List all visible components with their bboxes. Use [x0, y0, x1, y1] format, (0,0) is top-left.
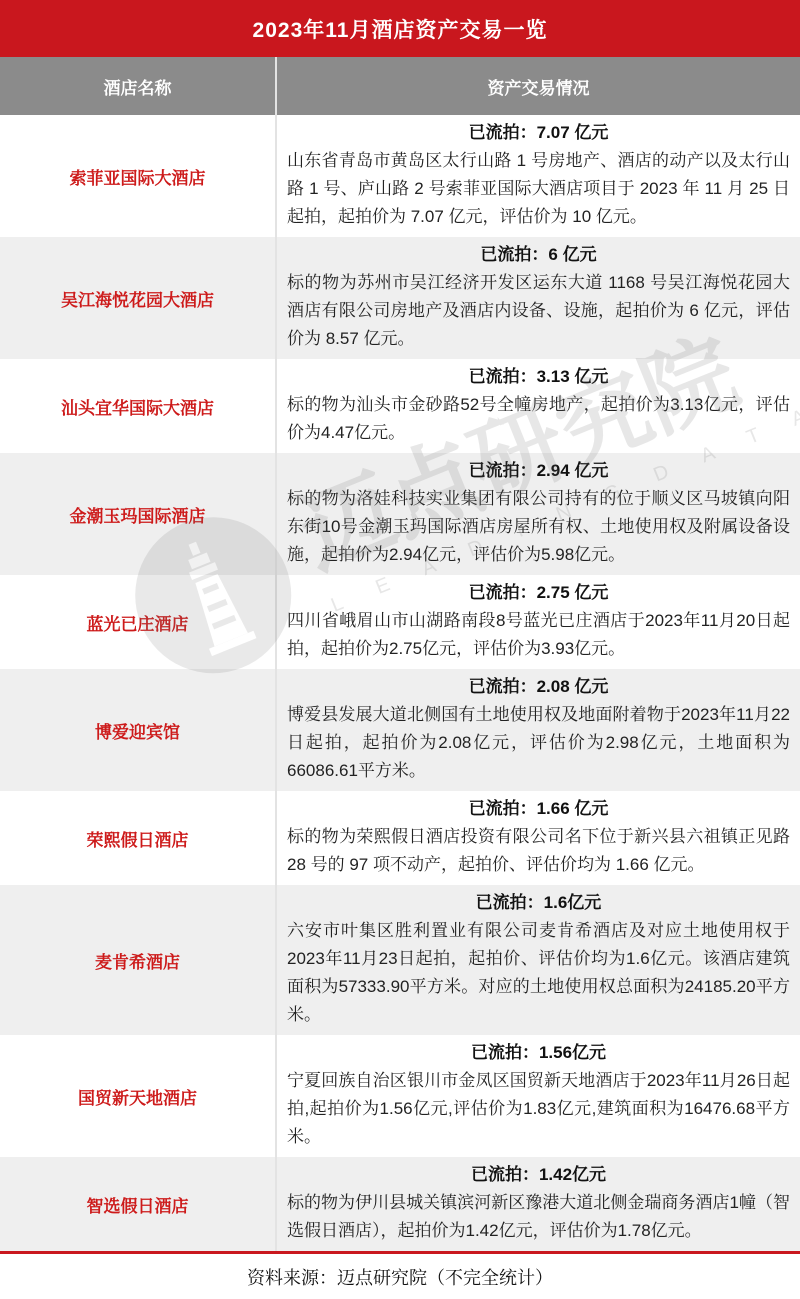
- transaction-cell: 已流拍：1.42亿元 标的物为伊川县城关镇滨河新区豫港大道北侧金瑞商务酒店1幢（…: [277, 1157, 800, 1251]
- hotel-name: 索菲亚国际大酒店: [0, 115, 277, 237]
- table-row: 国贸新天地酒店 已流拍：1.56亿元 宁夏回族自治区银川市金凤区国贸新天地酒店于…: [0, 1035, 800, 1157]
- auction-detail: 标的物为伊川县城关镇滨河新区豫港大道北侧金瑞商务酒店1幢（智选假日酒店），起拍价…: [287, 1189, 790, 1245]
- auction-status: 已流拍：2.94 亿元: [287, 456, 790, 485]
- table-row: 吴江海悦花园大酒店 已流拍：6 亿元 标的物为苏州市吴江经济开发区运东大道 11…: [0, 237, 800, 359]
- hotel-name: 汕头宜华国际大酒店: [0, 359, 277, 453]
- table-header: 酒店名称 资产交易情况: [0, 57, 800, 115]
- transaction-cell: 已流拍：3.13 亿元 标的物为汕头市金砂路52号全幢房地产，起拍价为3.13亿…: [277, 359, 800, 453]
- table-row: 汕头宜华国际大酒店 已流拍：3.13 亿元 标的物为汕头市金砂路52号全幢房地产…: [0, 359, 800, 453]
- hotel-name: 金潮玉玛国际酒店: [0, 453, 277, 575]
- hotel-name: 麦肯希酒店: [0, 885, 277, 1035]
- auction-detail: 山东省青岛市黄岛区太行山路 1 号房地产、酒店的动产以及太行山路 1 号、庐山路…: [287, 147, 790, 231]
- auction-status: 已流拍：7.07 亿元: [287, 118, 790, 147]
- auction-detail: 标的物为汕头市金砂路52号全幢房地产，起拍价为3.13亿元，评估价为4.47亿元…: [287, 391, 790, 447]
- table-row: 博爱迎宾馆 已流拍：2.08 亿元 博爱县发展大道北侧国有土地使用权及地面附着物…: [0, 669, 800, 791]
- hotel-name: 博爱迎宾馆: [0, 669, 277, 791]
- table-row: 金潮玉玛国际酒店 已流拍：2.94 亿元 标的物为洛娃科技实业集团有限公司持有的…: [0, 453, 800, 575]
- transaction-cell: 已流拍：1.6亿元 六安市叶集区胜利置业有限公司麦肯希酒店及对应土地使用权于20…: [277, 885, 800, 1035]
- table-body: 索菲亚国际大酒店 已流拍：7.07 亿元 山东省青岛市黄岛区太行山路 1 号房地…: [0, 115, 800, 1251]
- transaction-cell: 已流拍：1.56亿元 宁夏回族自治区银川市金凤区国贸新天地酒店于2023年11月…: [277, 1035, 800, 1157]
- hotel-name: 蓝光已庄酒店: [0, 575, 277, 669]
- hotel-name: 吴江海悦花园大酒店: [0, 237, 277, 359]
- page-title: 2023年11月酒店资产交易一览: [0, 0, 800, 57]
- auction-status: 已流拍：2.75 亿元: [287, 578, 790, 607]
- auction-status: 已流拍：1.6亿元: [287, 888, 790, 917]
- auction-detail: 宁夏回族自治区银川市金凤区国贸新天地酒店于2023年11月26日起拍,起拍价为1…: [287, 1067, 790, 1151]
- table-row: 蓝光已庄酒店 已流拍：2.75 亿元 四川省峨眉山市山湖路南段8号蓝光已庄酒店于…: [0, 575, 800, 669]
- auction-detail: 标的物为荣熙假日酒店投资有限公司名下位于新兴县六祖镇正见路 28 号的 97 项…: [287, 823, 790, 879]
- transaction-cell: 已流拍：1.66 亿元 标的物为荣熙假日酒店投资有限公司名下位于新兴县六祖镇正见…: [277, 791, 800, 885]
- transaction-cell: 已流拍：2.94 亿元 标的物为洛娃科技实业集团有限公司持有的位于顺义区马坡镇向…: [277, 453, 800, 575]
- hotel-name: 国贸新天地酒店: [0, 1035, 277, 1157]
- auction-status: 已流拍：3.13 亿元: [287, 362, 790, 391]
- auction-status: 已流拍：1.42亿元: [287, 1160, 790, 1189]
- auction-detail: 标的物为洛娃科技实业集团有限公司持有的位于顺义区马坡镇向阳东街10号金潮玉玛国际…: [287, 485, 790, 569]
- hotel-transaction-report: 2023年11月酒店资产交易一览 酒店名称 资产交易情况 索菲亚国际大酒店 已流…: [0, 0, 800, 1299]
- transaction-cell: 已流拍：2.75 亿元 四川省峨眉山市山湖路南段8号蓝光已庄酒店于2023年11…: [277, 575, 800, 669]
- auction-status: 已流拍：6 亿元: [287, 240, 790, 269]
- auction-detail: 标的物为苏州市吴江经济开发区运东大道 1168 号吴江海悦花园大酒店有限公司房地…: [287, 269, 790, 353]
- table-row: 荣熙假日酒店 已流拍：1.66 亿元 标的物为荣熙假日酒店投资有限公司名下位于新…: [0, 791, 800, 885]
- auction-status: 已流拍：1.56亿元: [287, 1038, 790, 1067]
- transaction-cell: 已流拍：6 亿元 标的物为苏州市吴江经济开发区运东大道 1168 号吴江海悦花园…: [277, 237, 800, 359]
- column-header-transaction: 资产交易情况: [277, 57, 800, 115]
- hotel-name: 智选假日酒店: [0, 1157, 277, 1251]
- column-header-hotel-name: 酒店名称: [0, 57, 277, 115]
- table-row: 麦肯希酒店 已流拍：1.6亿元 六安市叶集区胜利置业有限公司麦肯希酒店及对应土地…: [0, 885, 800, 1035]
- auction-status: 已流拍：1.66 亿元: [287, 794, 790, 823]
- source-note: 资料来源：迈点研究院（不完全统计）: [0, 1251, 800, 1299]
- transaction-cell: 已流拍：7.07 亿元 山东省青岛市黄岛区太行山路 1 号房地产、酒店的动产以及…: [277, 115, 800, 237]
- auction-detail: 四川省峨眉山市山湖路南段8号蓝光已庄酒店于2023年11月20日起拍，起拍价为2…: [287, 607, 790, 663]
- auction-status: 已流拍：2.08 亿元: [287, 672, 790, 701]
- auction-detail: 六安市叶集区胜利置业有限公司麦肯希酒店及对应土地使用权于2023年11月23日起…: [287, 917, 790, 1029]
- hotel-name: 荣熙假日酒店: [0, 791, 277, 885]
- table-row: 智选假日酒店 已流拍：1.42亿元 标的物为伊川县城关镇滨河新区豫港大道北侧金瑞…: [0, 1157, 800, 1251]
- table-row: 索菲亚国际大酒店 已流拍：7.07 亿元 山东省青岛市黄岛区太行山路 1 号房地…: [0, 115, 800, 237]
- auction-detail: 博爱县发展大道北侧国有土地使用权及地面附着物于2023年11月22日起拍，起拍价…: [287, 701, 790, 785]
- transaction-cell: 已流拍：2.08 亿元 博爱县发展大道北侧国有土地使用权及地面附着物于2023年…: [277, 669, 800, 791]
